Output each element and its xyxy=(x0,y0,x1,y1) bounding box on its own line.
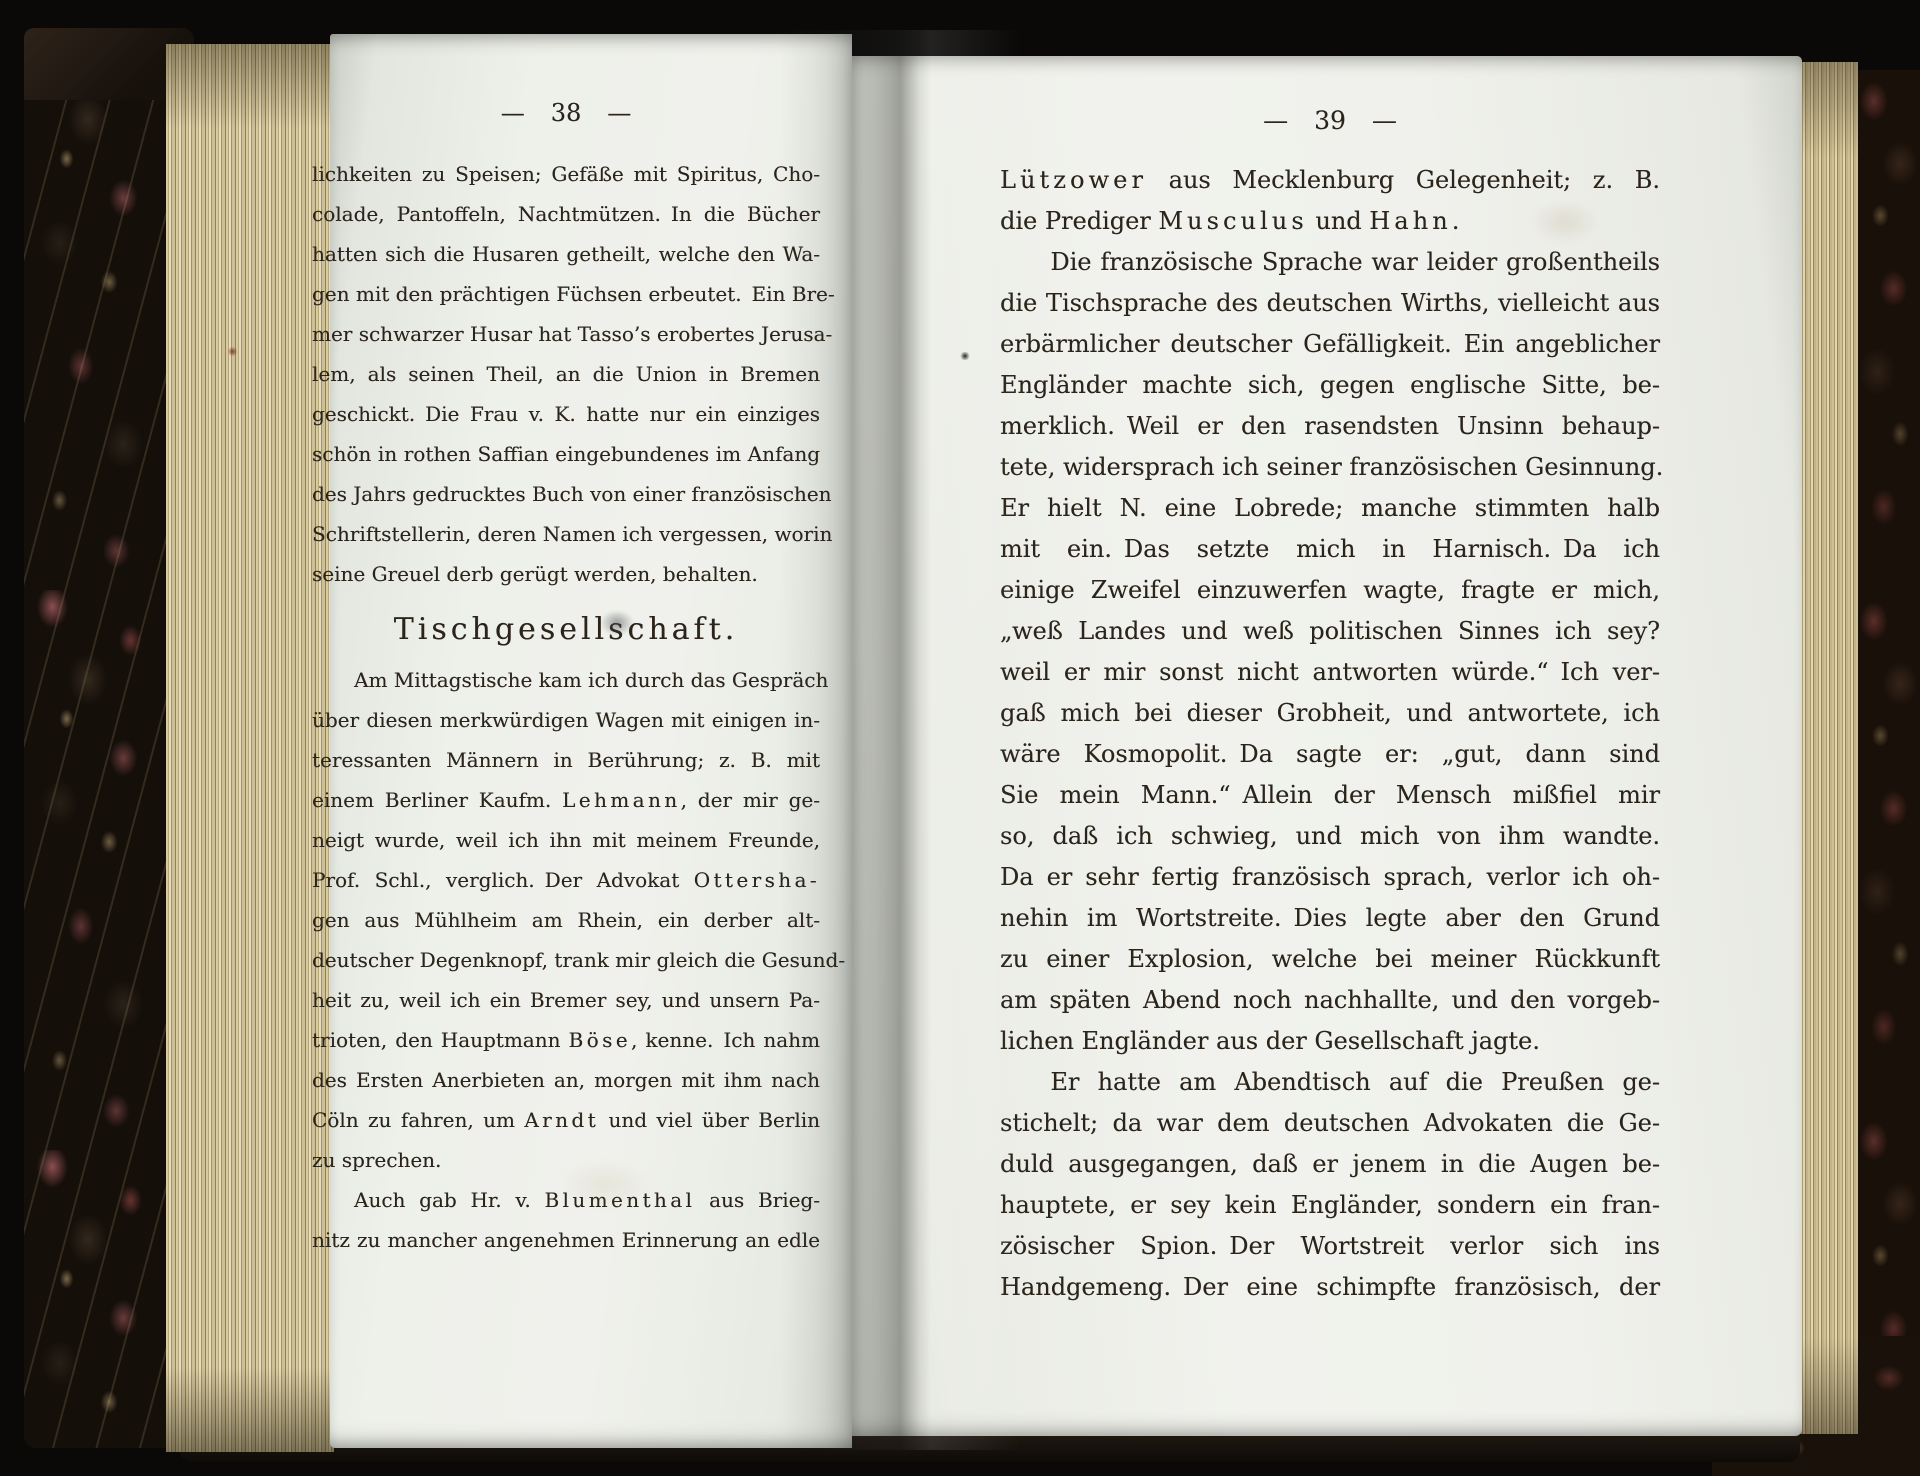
header-dash: — xyxy=(1372,106,1397,135)
letterspaced-name: Musculus xyxy=(1158,207,1307,235)
letterspaced-name: Lützower xyxy=(1000,166,1147,194)
text-line: einem Berliner Kaufm. Lehmann, der mir g… xyxy=(312,780,820,820)
text-line: erbärmlicher deutscher Gefälligkeit. Ein… xyxy=(1000,324,1660,365)
text-line: des Ersten Anerbieten an, morgen mit ihm… xyxy=(312,1060,820,1100)
text-line: deutscher Degenknopf, trank mir gleich d… xyxy=(312,940,820,980)
page-38-text-block: —38— lichkeiten zu Speisen; Gefäße mit S… xyxy=(312,96,820,1260)
text-line: mer schwarzer Husar hat Tasso’s eroberte… xyxy=(312,314,820,354)
letterspaced-name: Hahn xyxy=(1369,207,1451,235)
page-number-38: 38 xyxy=(551,99,582,127)
text-line: Prof. Schl., verglich. Der Advokat Otter… xyxy=(312,860,820,900)
text-line: weil er mir sonst nicht antworten würde.… xyxy=(1000,652,1660,693)
left-fanned-page-edges xyxy=(166,44,334,1452)
text-line: die Tischsprache des deutschen Wirths, v… xyxy=(1000,283,1660,324)
page-39-text-block: —39— Lützower aus Mecklenburg Gelegenhei… xyxy=(1000,104,1660,1308)
text-line: Lützower aus Mecklenburg Gelegenheit; z.… xyxy=(1000,160,1660,201)
text-line: gen aus Mühlheim am Rhein, ein derber al… xyxy=(312,900,820,940)
left-marbled-cover xyxy=(24,30,166,1448)
open-book-photo: —38— lichkeiten zu Speisen; Gefäße mit S… xyxy=(0,0,1920,1476)
letterspaced-name: Ottersha- xyxy=(694,868,820,892)
text-line: über diesen merkwürdigen Wagen mit einig… xyxy=(312,700,820,740)
text-line: nehin im Wortstreite. Dies legte aber de… xyxy=(1000,898,1660,939)
text-line: einige Zweifel einzuwerfen wagte, fragte… xyxy=(1000,570,1660,611)
text-line: Am Mittagstische kam ich durch das Gespr… xyxy=(312,660,820,700)
text-line: lem, als seinen Theil, an die Union in B… xyxy=(312,354,820,394)
letterspaced-name: Arndt xyxy=(524,1108,599,1132)
text-line: Schriftstellerin, deren Namen ich verges… xyxy=(312,514,820,554)
section-heading: Tischgesellschaft. xyxy=(312,608,820,652)
text-line: schön in rothen Saffian eingebundenes im… xyxy=(312,434,820,474)
text-line: so, daß ich schwieg, und mich von ihm wa… xyxy=(1000,816,1660,857)
page-number-39: 39 xyxy=(1314,106,1346,135)
text-line: seine Greuel derb gerügt werden, behalte… xyxy=(312,554,820,594)
text-line: trioten, den Hauptmann Böse, kenne. Ich … xyxy=(312,1020,820,1060)
text-line: duld ausgegangen, daß er jenem in die Au… xyxy=(1000,1144,1660,1185)
header-dash: — xyxy=(607,99,631,127)
text-line: Er hielt N. eine Lobrede; manche stimmte… xyxy=(1000,488,1660,529)
header-dash: — xyxy=(1263,106,1288,135)
letterspaced-name: Lehmann xyxy=(562,788,680,812)
page-39-header: —39— xyxy=(1000,104,1660,138)
text-line: Handgemeng. Der eine schimpfte französis… xyxy=(1000,1267,1660,1308)
text-line: gen mit den prächtigen Füchsen erbeutet.… xyxy=(312,274,820,314)
text-line: merklich. Weil er den rasendsten Unsinn … xyxy=(1000,406,1660,447)
text-line: Da er sehr fertig französisch sprach, ve… xyxy=(1000,857,1660,898)
text-line: zu einer Explosion, welche bei meiner Rü… xyxy=(1000,939,1660,980)
text-line: colade, Pantoffeln, Nachtmützen. In die … xyxy=(312,194,820,234)
right-fanned-page-edges xyxy=(1800,62,1858,1434)
text-line: stichelt; da war dem deutschen Advokaten… xyxy=(1000,1103,1660,1144)
text-line: Auch gab Hr. v. Blumenthal aus Brieg- xyxy=(312,1180,820,1220)
text-line: des Jahrs gedrucktes Buch von einer fran… xyxy=(312,474,820,514)
text-line: lichkeiten zu Speisen; Gefäße mit Spirit… xyxy=(312,154,820,194)
text-line: die Prediger Musculus und Hahn. xyxy=(1000,201,1660,242)
text-line: teressanten Männern in Berührung; z. B. … xyxy=(312,740,820,780)
text-line: hauptete, er sey kein Engländer, sondern… xyxy=(1000,1185,1660,1226)
text-line: lichen Engländer aus der Gesellschaft ja… xyxy=(1000,1021,1660,1062)
text-line: gaß mich bei dieser Grobheit, und antwor… xyxy=(1000,693,1660,734)
text-line: Sie mein Mann.“ Allein der Mensch mißfie… xyxy=(1000,775,1660,816)
text-line: wäre Kosmopolit. Da sagte er: „gut, dann… xyxy=(1000,734,1660,775)
text-line: nitz zu mancher angenehmen Erinnerung an… xyxy=(312,1220,820,1260)
text-line: mit ein. Das setzte mich in Harnisch. Da… xyxy=(1000,529,1660,570)
text-line: „weß Landes und weß politischen Sinnes i… xyxy=(1000,611,1660,652)
text-line: Die französische Sprache war leider groß… xyxy=(1000,242,1660,283)
text-line: hatten sich die Husaren getheilt, welche… xyxy=(312,234,820,274)
text-line: Engländer machte sich, gegen englische S… xyxy=(1000,365,1660,406)
page-38-lines: lichkeiten zu Speisen; Gefäße mit Spirit… xyxy=(312,154,820,1260)
letterspaced-name: Blumenthal xyxy=(544,1188,695,1212)
text-line: zu sprechen. xyxy=(312,1140,820,1180)
page-39-lines: Lützower aus Mecklenburg Gelegenheit; z.… xyxy=(1000,160,1660,1308)
text-line: neigt wurde, weil ich ihn mit meinem Fre… xyxy=(312,820,820,860)
page-38-header: —38— xyxy=(312,96,820,130)
text-line: tete, widersprach ich seiner französisch… xyxy=(1000,447,1660,488)
text-line: Er hatte am Abendtisch auf die Preußen g… xyxy=(1000,1062,1660,1103)
text-line: zösischer Spion. Der Wortstreit verlor s… xyxy=(1000,1226,1660,1267)
right-marbled-cover xyxy=(1854,70,1920,1462)
text-line: heit zu, weil ich ein Bremer sey, und un… xyxy=(312,980,820,1020)
text-line: Cöln zu fahren, um Arndt und viel über B… xyxy=(312,1100,820,1140)
letterspaced-name: Böse xyxy=(569,1028,631,1052)
text-line: geschickt. Die Frau v. K. hatte nur ein … xyxy=(312,394,820,434)
header-dash: — xyxy=(501,99,525,127)
text-line: am späten Abend noch nachhallte, und den… xyxy=(1000,980,1660,1021)
